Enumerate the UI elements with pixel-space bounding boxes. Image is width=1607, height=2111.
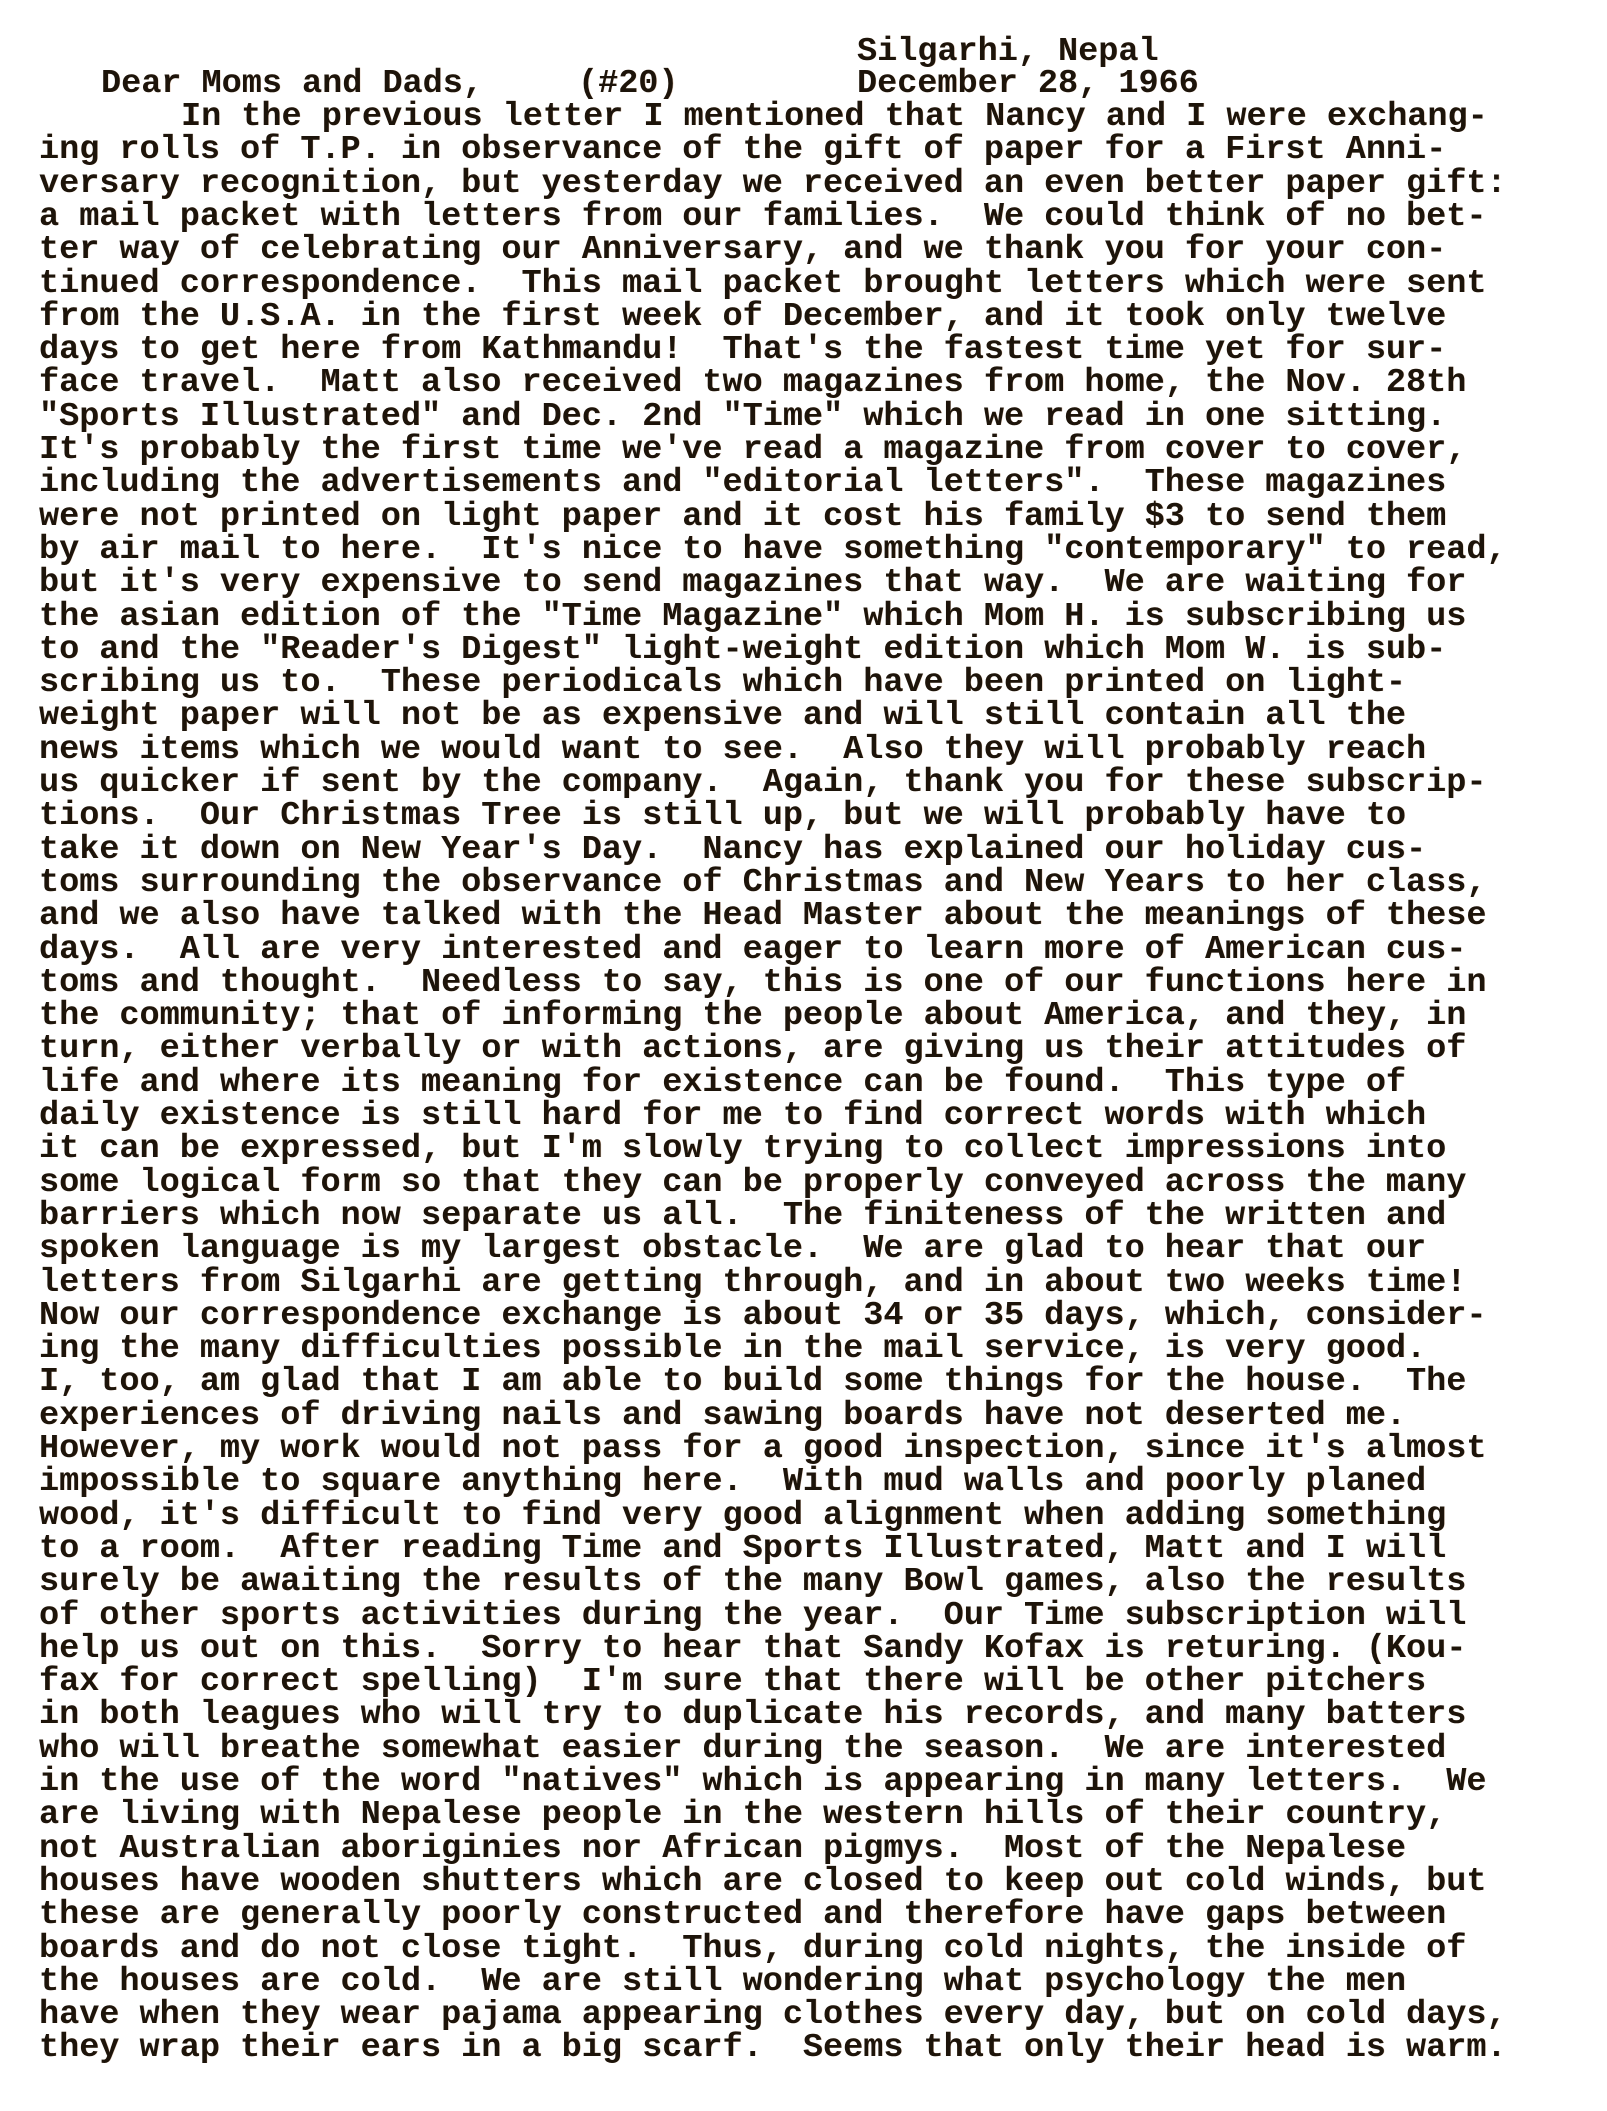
body-line: "Sports Illustrated" and Dec. 2nd "Time"… xyxy=(39,401,1446,434)
body-line: but it's very expensive to send magazine… xyxy=(39,567,1466,600)
body-line: versary recognition, but yesterday we re… xyxy=(39,168,1507,201)
body-line: in both leagues who will try to duplicat… xyxy=(39,1699,1466,1732)
body-line: not Australian aboriginies nor African p… xyxy=(39,1833,1406,1866)
body-line: surely be awaiting the results of the ma… xyxy=(39,1566,1466,1599)
body-line: houses have wooden shutters which are cl… xyxy=(39,1866,1486,1899)
letter-page: Silgarhi, Nepal Dear Moms and Dads, (#20… xyxy=(0,0,1607,2111)
body-line: scribing us to. These periodicals which … xyxy=(39,667,1406,700)
body-line: the asian edition of the "Time Magazine"… xyxy=(39,601,1466,634)
body-line: letters from Silgarhi are getting throug… xyxy=(39,1267,1466,1300)
body-line: are living with Nepalese people in the w… xyxy=(39,1799,1446,1832)
body-line: they wrap their ears in a big scarf. See… xyxy=(39,2032,1507,2065)
body-line: It's probably the first time we've read … xyxy=(39,434,1466,467)
body-line: news items which we would want to see. A… xyxy=(39,734,1426,767)
body-line: help us out on this. Sorry to hear that … xyxy=(39,1633,1466,1666)
body-line: life and where its meaning for existence… xyxy=(39,1067,1406,1100)
body-line: weight paper will not be as expensive an… xyxy=(39,700,1406,733)
body-line: turn, either verbally or with actions, a… xyxy=(39,1033,1466,1066)
body-line: impossible to square anything here. With… xyxy=(39,1466,1426,1499)
body-line: Now our correspondence exchange is about… xyxy=(39,1300,1486,1333)
letter-date: December 28, 1966 xyxy=(857,68,1199,101)
body-line: I, too, am glad that I am able to build … xyxy=(39,1366,1466,1399)
body-line: face travel. Matt also received two maga… xyxy=(39,367,1466,400)
body-line: days to get here from Kathmandu! That's … xyxy=(39,334,1446,367)
body-line: tinued correspondence. This mail packet … xyxy=(39,268,1486,301)
body-line: of other sports activities during the ye… xyxy=(39,1600,1466,1633)
body-line: some logical form so that they can be pr… xyxy=(39,1167,1466,1200)
body-line: were not printed on light paper and it c… xyxy=(39,501,1446,534)
body-line: experiences of driving nails and sawing … xyxy=(39,1400,1406,1433)
body-line: from the U.S.A. in the first week of Dec… xyxy=(39,301,1446,334)
body-line: a mail packet with letters from our fami… xyxy=(39,201,1486,234)
body-line: toms surrounding the observance of Chris… xyxy=(39,867,1486,900)
body-line: However, my work would not pass for a go… xyxy=(39,1433,1486,1466)
body-line: in the use of the word "natives" which i… xyxy=(39,1766,1486,1799)
body-line: days. All are very interested and eager … xyxy=(39,934,1466,967)
body-line: ing the many difficulties possible in th… xyxy=(39,1333,1426,1366)
letter-salutation: Dear Moms and Dads, xyxy=(101,68,483,101)
body-line: ter way of celebrating our Anniversary, … xyxy=(39,234,1446,267)
body-line: by air mail to here. It's nice to have s… xyxy=(39,534,1507,567)
body-line: have when they wear pajama appearing clo… xyxy=(39,1999,1507,2032)
body-line: to a room. After reading Time and Sports… xyxy=(39,1533,1446,1566)
body-line: In the previous letter I mentioned that … xyxy=(181,101,1488,134)
body-line: us quicker if sent by the company. Again… xyxy=(39,767,1486,800)
body-line: these are generally poorly constructed a… xyxy=(39,1899,1446,1932)
body-line: to and the "Reader's Digest" light-weigh… xyxy=(39,634,1446,667)
body-line: and we also have talked with the Head Ma… xyxy=(39,900,1486,933)
body-line: who will breathe somewhat easier during … xyxy=(39,1733,1446,1766)
body-line: the houses are cold. We are still wonder… xyxy=(39,1966,1406,1999)
body-line: the community; that of informing the peo… xyxy=(39,1000,1466,1033)
body-line: it can be expressed, but I'm slowly tryi… xyxy=(39,1133,1446,1166)
body-line: tions. Our Christmas Tree is still up, b… xyxy=(39,800,1406,833)
body-line: toms and thought. Needless to say, this … xyxy=(39,967,1486,1000)
body-line: take it down on New Year's Day. Nancy ha… xyxy=(39,834,1426,867)
body-line: ing rolls of T.P. in observance of the g… xyxy=(39,134,1446,167)
body-line: spoken language is my largest obstacle. … xyxy=(39,1233,1426,1266)
body-line: wood, it's difficult to find very good a… xyxy=(39,1500,1446,1533)
letter-number: (#20) xyxy=(578,68,679,101)
body-line: including the advertisements and "editor… xyxy=(39,467,1446,500)
body-line: fax for correct spelling) I'm sure that … xyxy=(39,1666,1426,1699)
body-line: barriers which now separate us all. The … xyxy=(39,1200,1446,1233)
body-line: boards and do not close tight. Thus, dur… xyxy=(39,1933,1466,1966)
body-line: daily existence is still hard for me to … xyxy=(39,1100,1426,1133)
